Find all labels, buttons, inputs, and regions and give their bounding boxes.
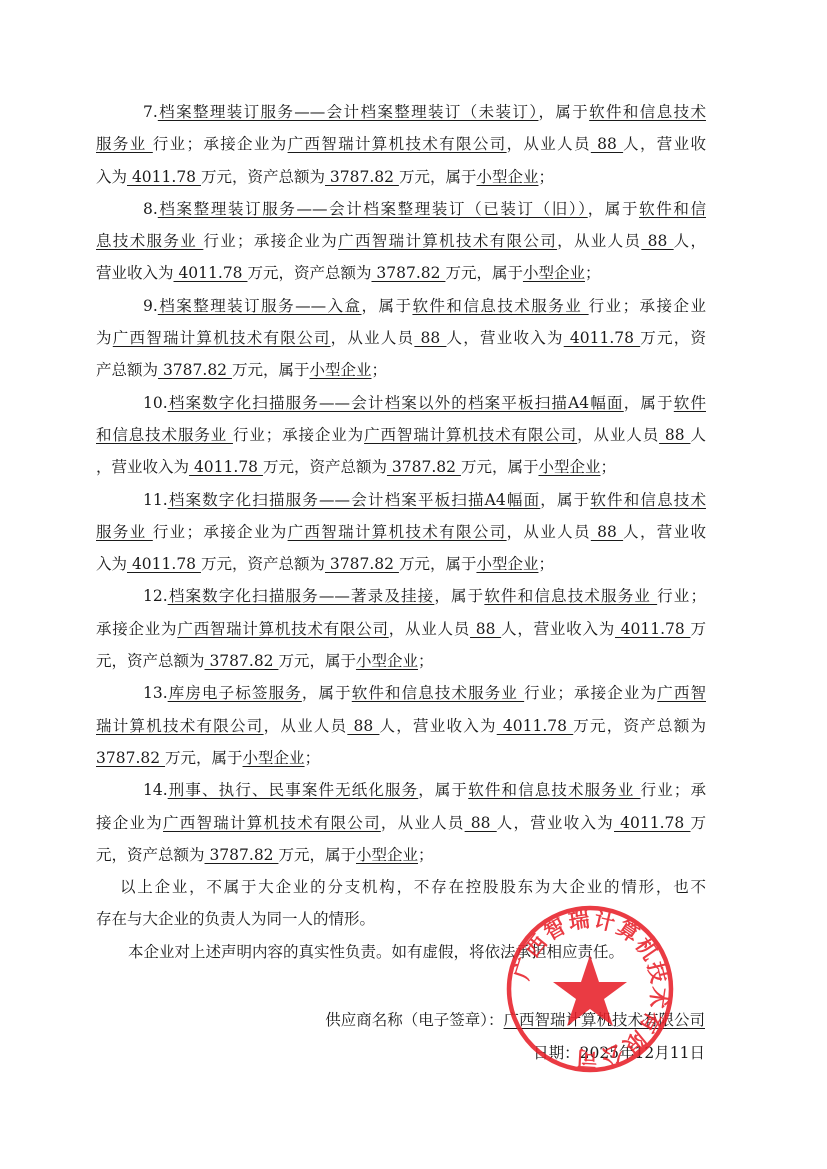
company-name: 广西智瑞计算机技术有限公司 [288, 135, 507, 153]
total-assets: 3787.82 [205, 652, 279, 670]
list-item-12: 12.档案数字化扫描服务——著录及挂接，属于软件和信息技术服务业 行业； 承接企… [96, 580, 706, 677]
line: ，营业收入为 4011.78 万元，资产总额为 3787.82 万元，属于小型企… [96, 451, 706, 483]
industry: 软件和信息技术 [589, 103, 706, 121]
signature-label: 供应商名称（电子签章）： [325, 1011, 503, 1029]
revenue: 4011.78 [127, 168, 201, 186]
industry: 软件和信息技术 [590, 491, 706, 509]
total-assets: 3787.82 [325, 168, 399, 186]
total-assets: 3787.82 [387, 458, 461, 476]
line: 9.档案整理装订服务——入盒，属于软件和信息技术服务业 行业；承接企业 [96, 290, 706, 322]
line: 3787.82 万元，属于小型企业； [96, 742, 706, 774]
enterprise-size: 小型企业 [243, 749, 305, 767]
service-name: 刑事、执行、民事案件无纸化服务 [168, 781, 419, 799]
line: 本企业对上述声明内容的真实性负责。如有虚假，将依法承担相应责任。 [96, 936, 706, 968]
list-item-13: 13.库房电子标签服务，属于软件和信息技术服务业 行业；承接企业为广西智 瑞计算… [96, 677, 706, 774]
industry: 软件和信息技术服务业 [468, 781, 640, 799]
line: 营业收入为 4011.78 万元，资产总额为 3787.82 万元，属于小型企业… [96, 257, 706, 289]
company-name: 广西智瑞计算机技术有限公司 [177, 620, 388, 638]
date-value: 2025年12月11日 [580, 1044, 705, 1062]
line: 服务业 行业；承接企业为广西智瑞计算机技术有限公司，从业人员 88 人，营业收 [96, 516, 706, 548]
total-assets: 3787.82 [96, 749, 165, 767]
line: 以上企业，不属于大企业的分支机构，不存在控股股东为大企业的情形，也不 [96, 871, 706, 903]
company-name: 瑞计算机技术有限公司 [96, 717, 264, 735]
list-item-14: 14.刑事、执行、民事案件无纸化服务，属于软件和信息技术服务业 行业；承 接企业… [96, 774, 706, 871]
line: 元，资产总额为 3787.82 万元，属于小型企业； [96, 839, 706, 871]
total-assets: 3787.82 [158, 361, 232, 379]
company-name: 广西智瑞计算机技术有限公司 [163, 814, 381, 832]
signature-date: 日期：2025年12月11日 [533, 1041, 705, 1063]
revenue: 4011.78 [189, 458, 263, 476]
line: 瑞计算机技术有限公司，从业人员 88 人，营业收入为 4011.78 万元，资产… [96, 710, 706, 742]
line: 13.库房电子标签服务，属于软件和信息技术服务业 行业；承接企业为广西智 [96, 677, 706, 709]
line: 息技术服务业 行业；承接企业为广西智瑞计算机技术有限公司，从业人员 88 人， [96, 225, 706, 257]
company-name: 广西智瑞计算机技术有限公司 [288, 523, 507, 541]
responsibility-statement: 本企业对上述声明内容的真实性负责。如有虚假，将依法承担相应责任。 [96, 936, 706, 968]
revenue: 4011.78 [564, 329, 640, 347]
employee-count: 88 [659, 426, 690, 444]
line: 10.档案数字化扫描服务——会计档案以外的档案平板扫描A4幅面，属于软件 [96, 387, 706, 419]
service-name: 档案整理装订服务——会计档案整理装订（未装订） [158, 103, 539, 121]
enterprise-size: 小型企业 [523, 264, 585, 282]
total-assets: 3787.82 [371, 264, 445, 282]
line: 入为 4011.78 万元，资产总额为 3787.82 万元，属于小型企业； [96, 161, 706, 193]
enterprise-size: 小型企业 [476, 555, 538, 573]
list-item-9: 9.档案整理装订服务——入盒，属于软件和信息技术服务业 行业；承接企业 为广西智… [96, 290, 706, 387]
service-name: 档案数字化扫描服务——著录及挂接 [168, 587, 435, 605]
company-name: 广西智 [657, 684, 706, 702]
revenue: 4011.78 [614, 814, 690, 832]
list-item-7: 7.档案整理装订服务——会计档案整理装订（未装订），属于软件和信息技术 服务业 … [96, 96, 706, 193]
enterprise-size: 小型企业 [476, 168, 538, 186]
company-name: 广西智瑞计算机技术有限公司 [113, 329, 331, 347]
industry: 软件和信息技术服务业 [484, 587, 657, 605]
line: 7.档案整理装订服务——会计档案整理装订（未装订），属于软件和信息技术 [96, 96, 706, 128]
enterprise-size: 小型企业 [309, 361, 371, 379]
line: 入为 4011.78 万元，资产总额为 3787.82 万元，属于小型企业； [96, 548, 706, 580]
industry: 和信息技术服务业 [96, 426, 233, 444]
enterprise-size: 小型企业 [356, 846, 418, 864]
employee-count: 88 [347, 717, 379, 735]
line: 产总额为 3787.82 万元，属于小型企业； [96, 354, 706, 386]
service-name: 档案整理装订服务——会计档案整理装订（已装订（旧）） [158, 200, 588, 218]
revenue: 4011.78 [497, 717, 573, 735]
supplier-signature: 供应商名称（电子签章）：广西智瑞计算机技术有限公司 [325, 1008, 705, 1030]
service-name: 档案数字化扫描服务——会计档案平板扫描A4幅面 [168, 491, 541, 509]
line: 14.刑事、执行、民事案件无纸化服务，属于软件和信息技术服务业 行业；承 [96, 774, 706, 806]
enterprise-size: 小型企业 [356, 652, 418, 670]
industry: 服务业 [96, 135, 153, 153]
line: 为广西智瑞计算机技术有限公司，从业人员 88 人，营业收入为 4011.78 万… [96, 322, 706, 354]
service-name: 库房电子标签服务 [168, 684, 302, 702]
industry: 软件和信息技术服务业 [412, 297, 588, 315]
employee-count: 88 [641, 232, 673, 250]
list-item-10: 10.档案数字化扫描服务——会计档案以外的档案平板扫描A4幅面，属于软件 和信息… [96, 387, 706, 484]
service-name: 档案数字化扫描服务——会计档案以外的档案平板扫描A4幅面 [168, 394, 624, 412]
industry: 软件和信息技术服务业 [352, 684, 524, 702]
industry: 息技术服务业 [96, 232, 203, 250]
line: 元，资产总额为 3787.82 万元，属于小型企业； [96, 645, 706, 677]
employee-count: 88 [470, 620, 501, 638]
enterprise-size: 小型企业 [538, 458, 600, 476]
line: 承接企业为广西智瑞计算机技术有限公司，从业人员 88 人，营业收入为 4011.… [96, 613, 706, 645]
industry: 服务业 [96, 523, 153, 541]
line: 和信息技术服务业 行业；承接企业为广西智瑞计算机技术有限公司，从业人员 88 人 [96, 419, 706, 451]
line: 11.档案数字化扫描服务——会计档案平板扫描A4幅面，属于软件和信息技术 [96, 484, 706, 516]
employee-count: 88 [591, 135, 623, 153]
industry: 软件和信 [639, 200, 706, 218]
line: 服务业 行业；承接企业为广西智瑞计算机技术有限公司，从业人员 88 人，营业收 [96, 128, 706, 160]
line: 8.档案整理装订服务——会计档案整理装订（已装订（旧）），属于软件和信 [96, 193, 706, 225]
company-name: 广西智瑞计算机技术有限公司 [364, 426, 577, 444]
list-item-8: 8.档案整理装订服务——会计档案整理装订（已装订（旧）），属于软件和信 息技术服… [96, 193, 706, 290]
supplier-company-name: 广西智瑞计算机技术有限公司 [503, 1011, 705, 1029]
total-assets: 3787.82 [325, 555, 399, 573]
line: 存在与大企业的负责人为同一人的情形。 [96, 903, 706, 935]
revenue: 4011.78 [615, 620, 690, 638]
declaration-statement: 以上企业，不属于大企业的分支机构，不存在控股股东为大企业的情形，也不 存在与大企… [96, 871, 706, 936]
total-assets: 3787.82 [205, 846, 279, 864]
document-body: 7.档案整理装订服务——会计档案整理装订（未装订），属于软件和信息技术 服务业 … [96, 96, 706, 968]
company-name: 广西智瑞计算机技术有限公司 [338, 232, 557, 250]
employee-count: 88 [465, 814, 497, 832]
service-name: 档案整理装订服务——入盒 [158, 297, 362, 315]
employee-count: 88 [591, 523, 623, 541]
revenue: 4011.78 [174, 264, 248, 282]
line: 12.档案数字化扫描服务——著录及挂接，属于软件和信息技术服务业 行业； [96, 580, 706, 612]
employee-count: 88 [414, 329, 446, 347]
date-label: 日期： [533, 1044, 580, 1062]
revenue: 4011.78 [127, 555, 201, 573]
industry: 软件 [674, 394, 706, 412]
line: 接企业为广西智瑞计算机技术有限公司，从业人员 88 人，营业收入为 4011.7… [96, 807, 706, 839]
list-item-11: 11.档案数字化扫描服务——会计档案平板扫描A4幅面，属于软件和信息技术 服务业… [96, 484, 706, 581]
